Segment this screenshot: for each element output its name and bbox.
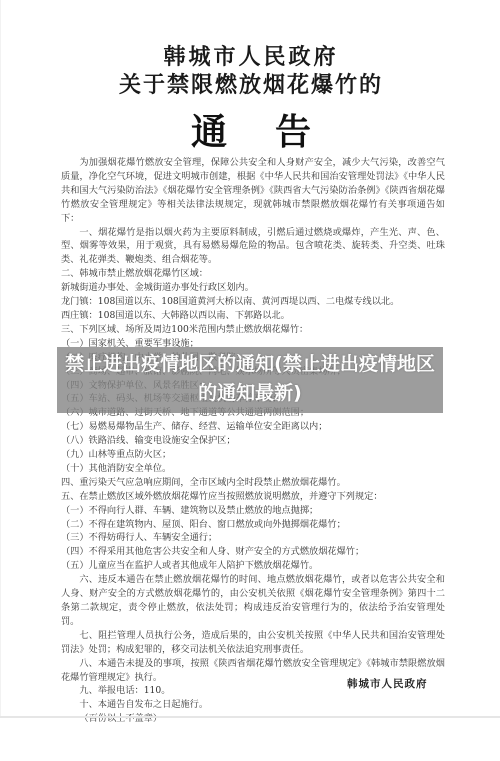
clause-7: 七、阻拦管理人员执行公务，造成后果的，由公安机关按照《中华人民共和国治安管理处罚… <box>61 629 445 657</box>
clause-10: 十、本通告自发布之日起施行。 <box>61 698 445 712</box>
clause-4: 四、重污染天气应急响应期间，全市区域内全时段禁止燃放烟花爆竹。 <box>61 476 445 490</box>
signature: 韩城市人民政府 <box>347 676 428 691</box>
clause-2-area-3: 西庄镇：108国道以东、大韩路以西以南、下郭路以北。 <box>61 309 445 323</box>
clause-5-item: （五）儿童应当在监护人或者其他成年人陪护下燃放烟花爆竹。 <box>61 559 445 573</box>
clause-3-heading: 三、下列区域、场所及周边100米范围内禁止燃放烟花爆竹： <box>61 323 445 337</box>
clause-3-item: （十）其他消防安全单位。 <box>61 462 445 476</box>
doc-title-subject: 关于禁限燃放烟花爆竹的 <box>1 68 500 99</box>
clause-3-item: （七）易燃易爆物品生产、储存、经营、运输单位安全距离以内； <box>61 420 445 434</box>
clause-3-item: （九）山林等重点防火区； <box>61 448 445 462</box>
clause-2-area-1: 新城街道办事处、金城街道办事处行政区划内。 <box>61 281 445 295</box>
stamp-note: （百份以上不盖章） <box>61 712 445 726</box>
clause-6: 六、违反本通告在禁止燃放烟花爆竹的时间、地点燃放烟花爆竹，或者以危害公共安全和人… <box>61 573 445 629</box>
clause-5-item: （三）不得妨碍行人、车辆安全通行； <box>61 531 445 545</box>
clause-5-item: （四）不得采用其他危害公共安全和人身、财产安全的方式燃放烟花爆竹； <box>61 545 445 559</box>
clause-2-area-2: 龙门镇：108国道以东、108国道黄河大桥以南、黄河西堤以西、二电煤专线以北。 <box>61 295 445 309</box>
clause-5-heading: 五、在禁止燃放区域外燃放烟花爆竹应当按照燃放说明燃放，并遵守下列规定： <box>61 490 445 504</box>
doc-title-issuer: 韩城市人民政府 <box>1 40 500 71</box>
clause-5-item: （一）不得向行人群、车辆、建筑物以及禁止燃放的地点抛掷； <box>61 504 445 518</box>
clause-1: 一、烟花爆竹是指以烟火药为主要原料制成，引燃后通过燃烧或爆炸，产生光、声、色、型… <box>61 226 445 268</box>
clause-2-heading: 二、韩城市禁止燃放烟花爆竹区域： <box>61 267 445 281</box>
clause-5-item: （二）不得在建筑物内、屋顶、阳台、窗口燃放或向外抛掷烟花爆竹； <box>61 518 445 532</box>
clause-3-item: （八）铁路沿线、输变电设施安全保护区； <box>61 434 445 448</box>
doc-body: 为加强烟花爆竹燃放安全管理，保障公共安全和人身财产安全，减少大气污染，改善空气质… <box>61 156 445 726</box>
page-bottom-divider <box>0 716 500 718</box>
caption-overlay-text: 禁止进出疫情地区的通知(禁止进出疫情地区的通知最新) <box>57 350 443 408</box>
intro-paragraph: 为加强烟花爆竹燃放安全管理，保障公共安全和人身财产安全，减少大气污染，改善空气质… <box>61 156 445 226</box>
doc-title-notice: 通告 <box>1 104 500 155</box>
